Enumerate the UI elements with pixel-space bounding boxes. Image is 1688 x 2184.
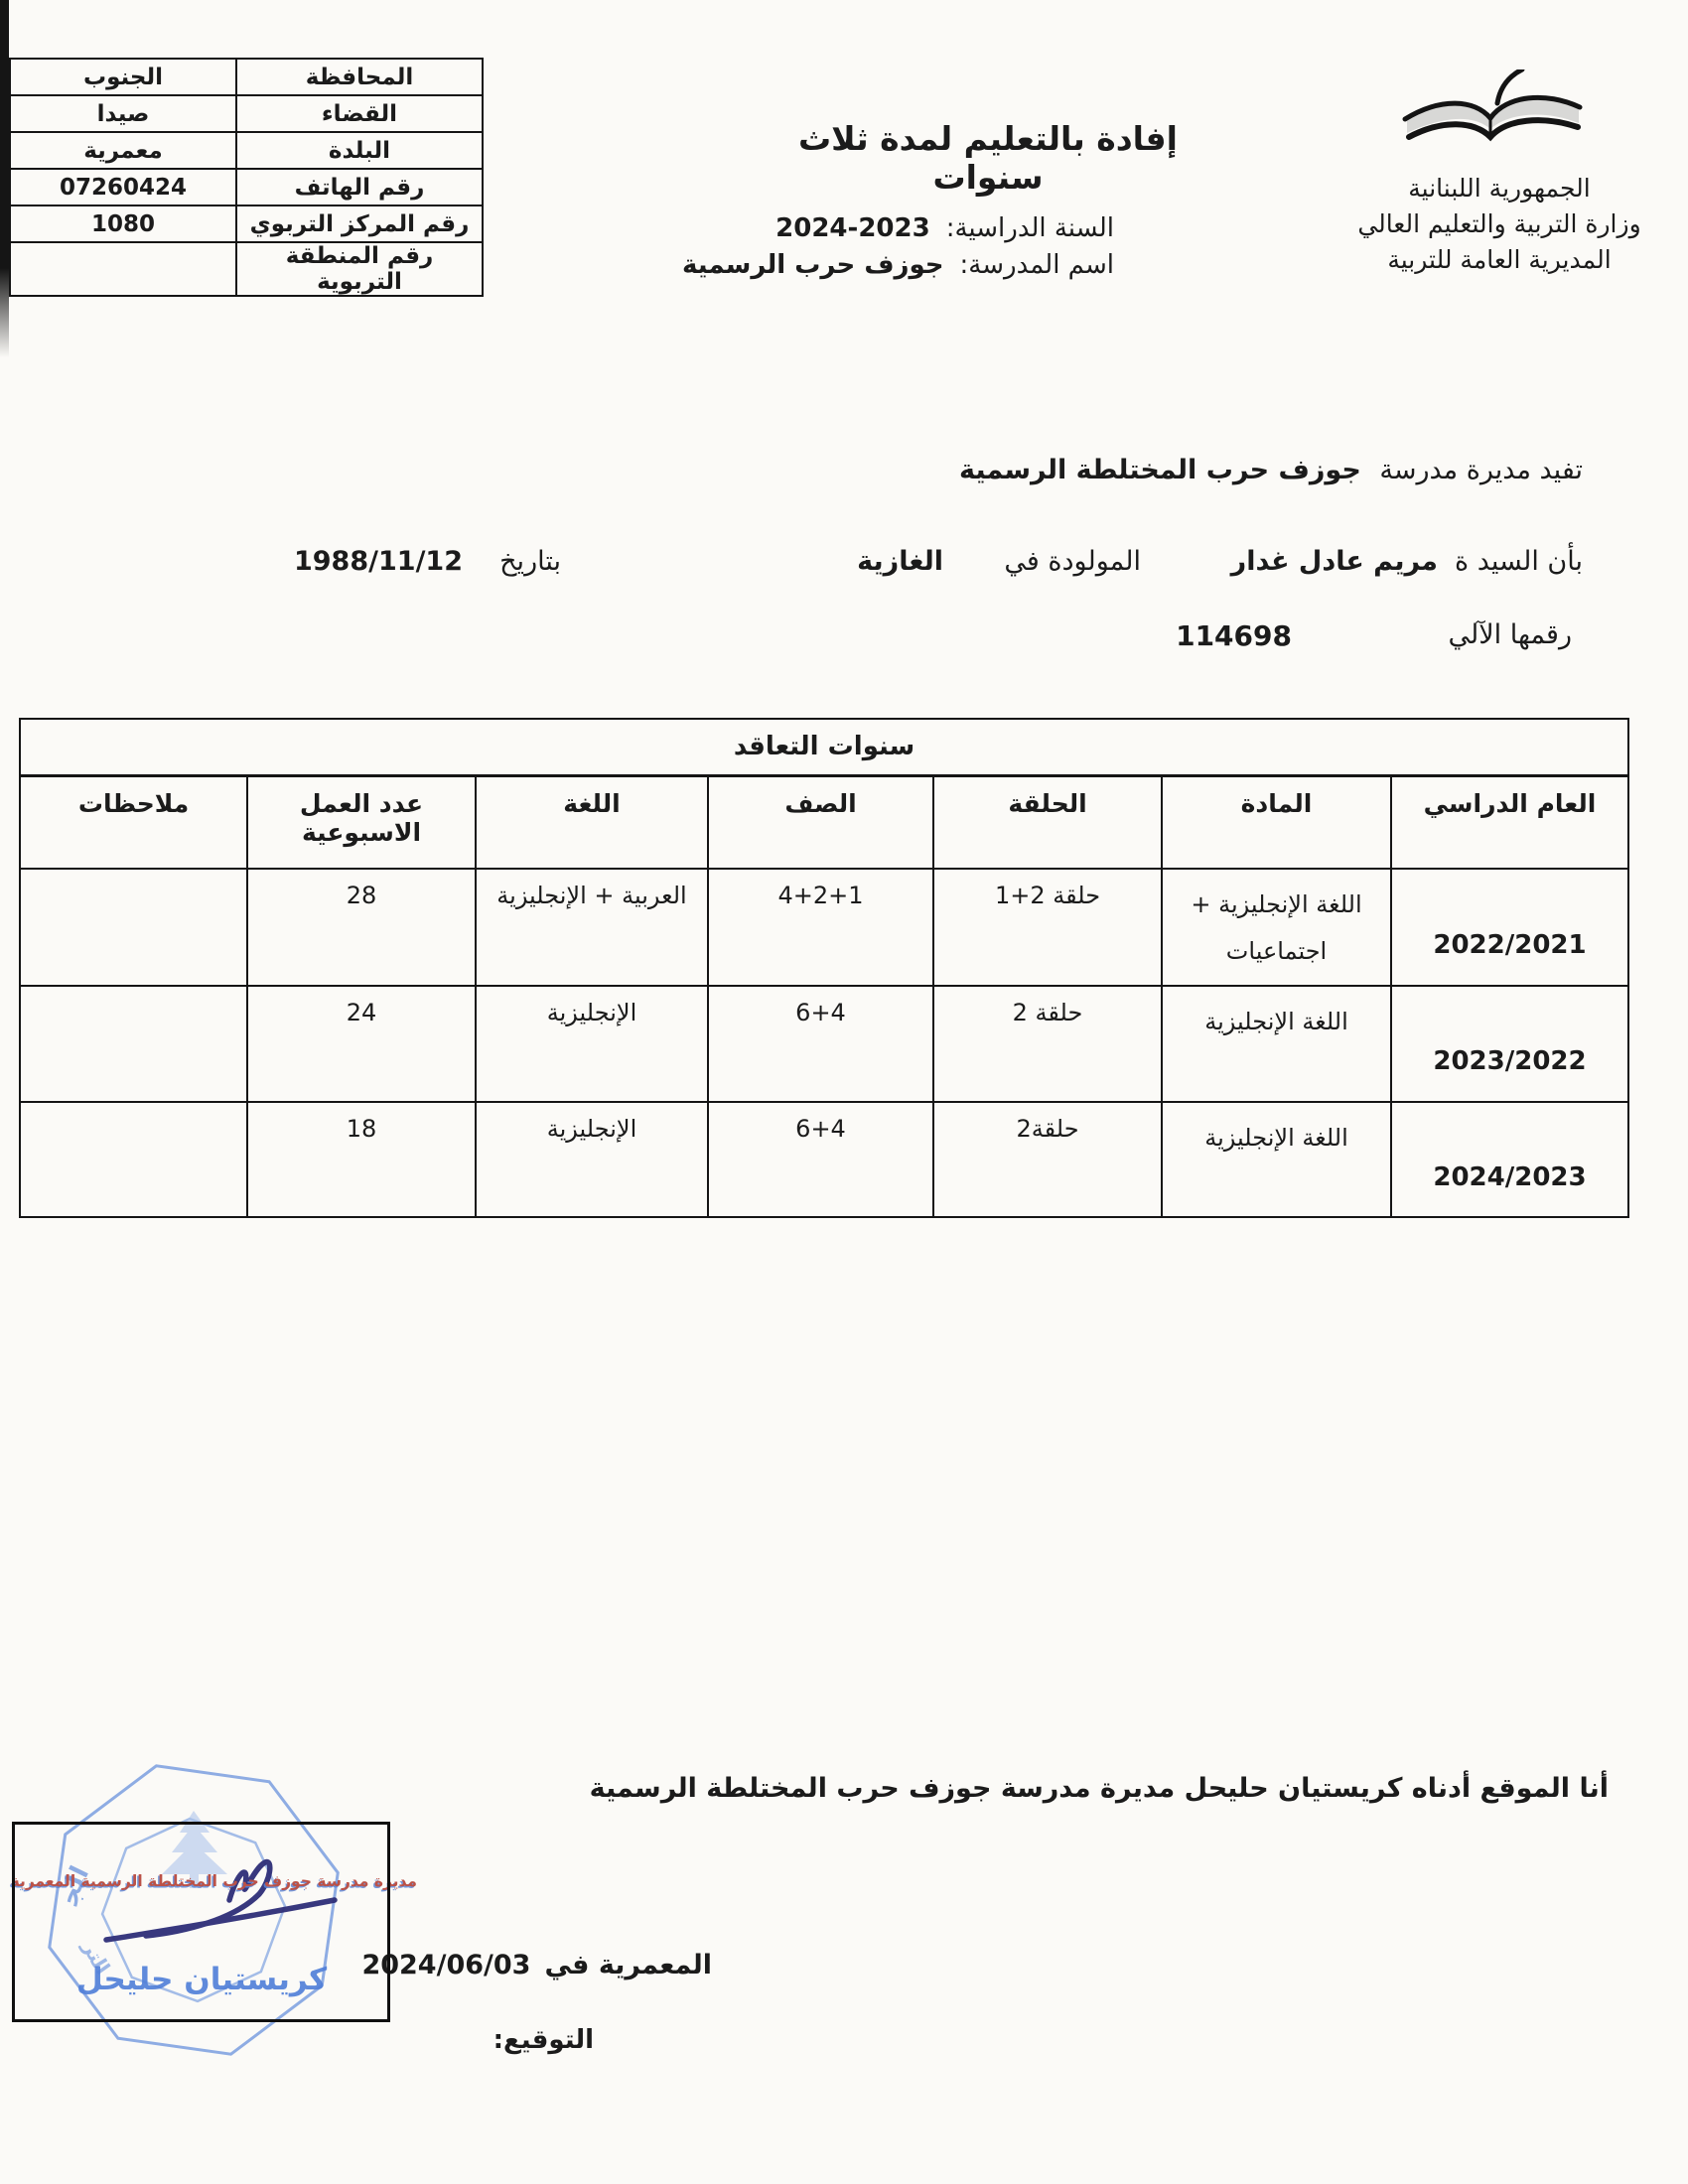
school-year-label: السنة الدراسية:: [946, 213, 1114, 243]
info-label: المحافظة: [236, 59, 483, 95]
place-date-label: المعمرية في: [544, 1950, 712, 1980]
info-label: القضاء: [236, 95, 483, 132]
cell-subject: اللغة الإنجليزية: [1162, 1102, 1391, 1217]
cell-year: 2023/2022: [1391, 986, 1628, 1102]
intro-school-name: جوزف حرب المختلطة الرسمية: [959, 455, 1361, 485]
table-row: المحافظة الجنوب: [10, 59, 483, 95]
table-row: رقم المركز التربوي 1080: [10, 205, 483, 242]
table-row: 2022/2021 اللغة الإنجليزية + اجتماعيات ح…: [20, 869, 1628, 986]
col-header-language: اللغة: [476, 776, 708, 870]
birthplace-value: الغازية: [857, 546, 943, 577]
info-label: رقم المركز التربوي: [236, 205, 483, 242]
school-year-line: السنة الدراسية:2023-2024: [682, 210, 1114, 247]
table-caption: سنوات التعاقد: [20, 719, 1628, 776]
intro-line: تفيد مديرة مدرسة جوزف حرب المختلطة الرسم…: [959, 455, 1583, 485]
cell-subject: اللغة الإنجليزية + اجتماعيات: [1162, 869, 1391, 986]
info-value: 07260424: [10, 169, 236, 205]
open-book-logo-icon: [1395, 69, 1589, 164]
cell-cycle: حلقة 2+1: [933, 869, 1162, 986]
cell-weekly-hours: 24: [247, 986, 476, 1102]
computer-id-value: 114698: [1176, 619, 1292, 652]
cell-grade: 6+4: [708, 1102, 933, 1217]
cell-grade: 4+2+1: [708, 869, 933, 986]
cell-notes: [20, 986, 247, 1102]
table-header-row: العام الدراسي المادة الحلقة الصف اللغة ع…: [20, 776, 1628, 870]
table-row: 2024/2023 اللغة الإنجليزية حلقة2 6+4 الإ…: [20, 1102, 1628, 1217]
subject-label: بأن السيد ة: [1455, 546, 1583, 577]
info-value: [10, 242, 236, 296]
table-row: 2023/2022 اللغة الإنجليزية حلقة 2 6+4 ال…: [20, 986, 1628, 1102]
info-value: 1080: [10, 205, 236, 242]
birthplace-label: المولودة في: [1004, 546, 1141, 577]
cell-year: 2022/2021: [1391, 869, 1628, 986]
col-header-notes: ملاحظات: [20, 776, 247, 870]
cell-year: 2024/2023: [1391, 1102, 1628, 1217]
info-value: معمرية: [10, 132, 236, 169]
birthdate-label: بتاريخ: [499, 546, 561, 577]
ministry-header: الجمهورية اللبنانية وزارة التربية والتعل…: [1350, 171, 1648, 278]
school-name-value: جوزف حرب الرسمية: [682, 250, 944, 280]
title-subheader: السنة الدراسية:2023-2024 اسم المدرسة:جوز…: [682, 210, 1114, 284]
declaration-line: أنا الموقع أدناه كريستيان حليحل مديرة مد…: [590, 1773, 1609, 1804]
col-header-subject: المادة: [1162, 776, 1391, 870]
computer-id-label: رقمها الآلي: [1449, 619, 1572, 650]
teacher-name: مريم عادل غدار: [1231, 546, 1438, 577]
school-name-label: اسم المدرسة:: [960, 250, 1114, 280]
info-label: رقم الهاتف: [236, 169, 483, 205]
table-row: البلدة معمرية: [10, 132, 483, 169]
table-row: رقم الهاتف 07260424: [10, 169, 483, 205]
directorate-line: المديرية العامة للتربية: [1350, 242, 1648, 278]
cell-notes: [20, 1102, 247, 1217]
cell-grade: 6+4: [708, 986, 933, 1102]
info-label: رقم المنطقة التربوية: [236, 242, 483, 296]
scan-edge-artifact: [0, 0, 9, 357]
page-title: إفادة بالتعليم لمدة ثلاث سنوات: [760, 119, 1216, 197]
info-value: صيدا: [10, 95, 236, 132]
school-name-line: اسم المدرسة:جوزف حرب الرسمية: [682, 247, 1114, 284]
cell-language: الإنجليزية: [476, 986, 708, 1102]
col-header-cycle: الحلقة: [933, 776, 1162, 870]
cell-subject: اللغة الإنجليزية: [1162, 986, 1391, 1102]
ministry-line: وزارة التربية والتعليم العالي: [1350, 206, 1648, 242]
place-date-line: المعمرية في2024/06/03: [361, 1950, 712, 1980]
cell-weekly-hours: 18: [247, 1102, 476, 1217]
col-header-year: العام الدراسي: [1391, 776, 1628, 870]
signature-label: التوقيع:: [493, 2025, 594, 2055]
contract-years-table: سنوات التعاقد العام الدراسي المادة الحلق…: [19, 718, 1629, 1218]
cell-language: العربية + الإنجليزية: [476, 869, 708, 986]
republic-line: الجمهورية اللبنانية: [1350, 171, 1648, 206]
cell-notes: [20, 869, 247, 986]
admin-info-table: المحافظة الجنوب القضاء صيدا البلدة معمري…: [9, 58, 484, 297]
intro-label: تفيد مديرة مدرسة: [1379, 455, 1583, 485]
info-value: الجنوب: [10, 59, 236, 95]
cell-language: الإنجليزية: [476, 1102, 708, 1217]
table-caption-row: سنوات التعاقد: [20, 719, 1628, 776]
cell-cycle: حلقة 2: [933, 986, 1162, 1102]
cell-weekly-hours: 28: [247, 869, 476, 986]
info-label: البلدة: [236, 132, 483, 169]
school-year-value: 2023-2024: [775, 213, 930, 243]
table-row: القضاء صيدا: [10, 95, 483, 132]
col-header-grade: الصف: [708, 776, 933, 870]
birthdate-value: 1988/11/12: [294, 546, 463, 577]
scanned-certificate-page: { "ministry_header": { "logo_icon": "ope…: [0, 0, 1688, 2184]
signature-box: [12, 1822, 390, 2022]
table-row: رقم المنطقة التربوية: [10, 242, 483, 296]
col-header-weekly-hours: عدد العمل الاسبوعية: [247, 776, 476, 870]
cell-cycle: حلقة2: [933, 1102, 1162, 1217]
